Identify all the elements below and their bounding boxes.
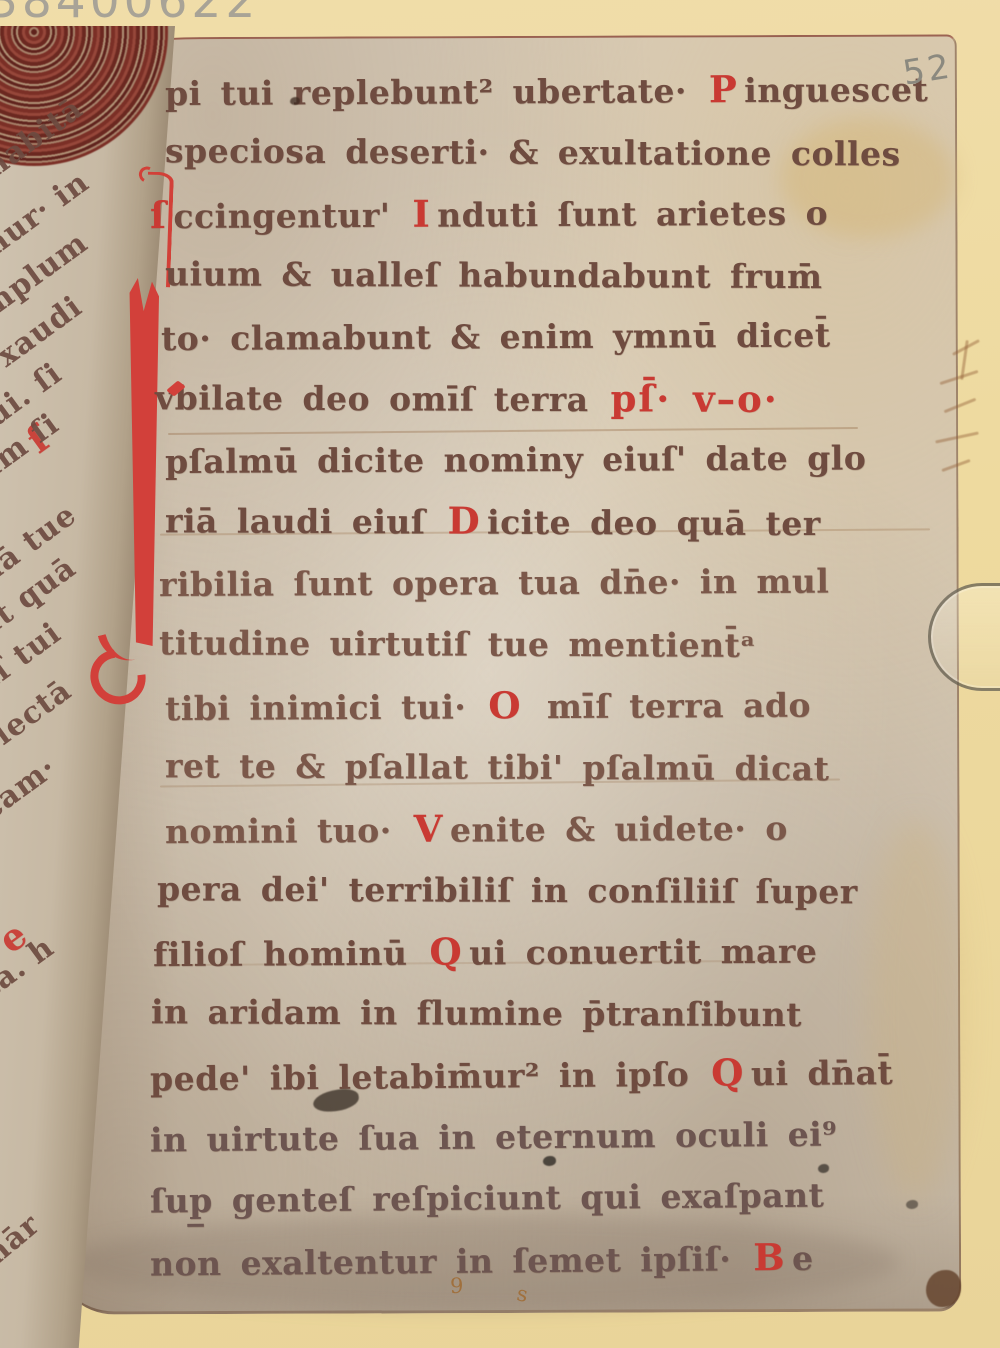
manuscript-photo: { "photo": { "scan_number": "38400622", … [0, 0, 1000, 1348]
line-text: pſalmū dicite nominy eiuſ' date glo [165, 438, 866, 481]
ink-speck [818, 1164, 829, 1173]
line-text: riā laudi eiuſ [165, 501, 445, 541]
text-line: nomini tuo· Venite & uidete· o [165, 796, 955, 862]
line-text: pede' ibi letabim̄ur² in ipſo [150, 1055, 709, 1099]
scribble-stroke [941, 459, 970, 472]
scribble-stroke [944, 398, 977, 414]
psalm-rubric: pſ̄· v–o· [610, 376, 778, 421]
quire-mark: 9 [450, 1274, 463, 1298]
text-line: ſup̲ genteſ reſpiciunt qui exaſpant [150, 1163, 956, 1232]
scribble-stroke [935, 431, 979, 443]
line-text: nomini tuo· [165, 811, 411, 851]
rubric-initial: B [753, 1234, 785, 1278]
text-line: speciosa deserti· & exultatione colles [165, 120, 955, 185]
scan-number: 38400622 [0, 0, 259, 29]
text-line: titudine uirtutiſ tue mentient̄ᵃ [159, 612, 955, 677]
line-text: ſup̲ genteſ reſpiciunt qui exaſpant [150, 1176, 825, 1221]
text-line: non exaltentur in ſemet ipſiſ· Be [150, 1225, 956, 1294]
line-text: ccingentur' [173, 196, 409, 236]
text-line: ſccingentur' Induti ſunt arietes o [147, 181, 955, 247]
rubric-initial: D [447, 498, 480, 542]
text-line: pera dei' terribiliſ in conſiliiſ ſuper [157, 858, 955, 923]
rubric-initial: V [414, 807, 443, 851]
rubric-initial: I [412, 192, 430, 236]
rubric-initial: O [488, 683, 521, 727]
text-line: pſalmū dicite nominy eiuſ' date glo [165, 427, 955, 493]
text-line: uium & ualleſ habundabunt frum̄ [165, 243, 955, 308]
line-text: titudine uirtutiſ tue mentient̄ᵃ [159, 623, 756, 665]
rubric-flourish: ſ [150, 193, 167, 237]
text-line: tibi inimici tui· O mīſ terra ado [165, 673, 955, 739]
margin-fragment: mār [0, 1207, 47, 1279]
line-text: icite deo quā ter [487, 502, 821, 542]
text-line: ret te & pſallat tibi' pſalmū dicat [165, 735, 955, 800]
line-text: ui dn̄at̄ [751, 1053, 894, 1093]
ink-speck [543, 1156, 556, 1166]
scribble-stroke [940, 370, 979, 385]
corner-stain [926, 1270, 961, 1307]
text-line: vbilate deo omīſ terra pſ̄· v–o· [155, 366, 955, 431]
line-text: nduti ſunt arietes o [437, 194, 828, 235]
line-text: tibi inimici tui· [165, 687, 485, 728]
text-block: pi tui replebunt² ubertate· Pinguescet s… [165, 60, 955, 1290]
line-text: speciosa deserti· & exultatione colles [165, 131, 901, 173]
rubric-initial: Q [429, 929, 462, 973]
marginalia-scribbles [933, 338, 991, 498]
rubric-initial: Q [711, 1050, 744, 1094]
line-text: ret te & pſallat tibi' pſalmū dicat [165, 746, 830, 788]
rubric-initial: P [709, 67, 738, 111]
line-text: in aridam in flumine p̄tranſibunt [151, 992, 802, 1034]
text-line: ribilia ſunt opera tua dn̄e· in mul [159, 550, 955, 616]
line-text: uium & ualleſ habundabunt frum̄ [165, 254, 823, 296]
text-line: in aridam in flumine p̄tranſibunt [151, 981, 955, 1046]
line-text: vbilate deo omīſ terra [155, 378, 608, 419]
line-text: mīſ terra ado [528, 686, 811, 726]
ink-speck [906, 1200, 918, 1209]
line-text: to· clamabunt & enim ymnū dicet̄ [161, 316, 831, 359]
line-text: ribilia ſunt opera tua dn̄e· in mul [159, 562, 830, 605]
line-text: inguescet [744, 70, 928, 110]
text-line: pi tui replebunt² ubertate· Pinguescet [165, 58, 955, 124]
ink-speck [290, 97, 300, 105]
line-text: in uirtute ſua in eternum oculi ei⁹ [150, 1114, 837, 1159]
line-text: e [792, 1238, 814, 1277]
text-line: filioſ hominū Qui conuertit mare [153, 919, 955, 985]
text-line: to· clamabunt & enim ymnū dicet̄ [161, 304, 955, 370]
line-text: ui conuertit mare [469, 932, 817, 973]
margin-fragment: cam· [0, 750, 63, 828]
page-number: 52 [900, 46, 955, 93]
line-text: filioſ hominū [153, 934, 427, 974]
text-line: riā laudi eiuſ Dicite deo quā ter [165, 489, 955, 554]
margin-fragment: clectā [0, 673, 78, 764]
text-line: pede' ibi letabim̄ur² in ipſo Qui dn̄at̄ [150, 1040, 956, 1109]
line-text: pi tui replebunt² ubertate· [165, 71, 706, 113]
line-text: pera dei' terribiliſ in conſiliiſ ſuper [157, 869, 858, 911]
line-text: enite & uidete· o [450, 809, 788, 850]
